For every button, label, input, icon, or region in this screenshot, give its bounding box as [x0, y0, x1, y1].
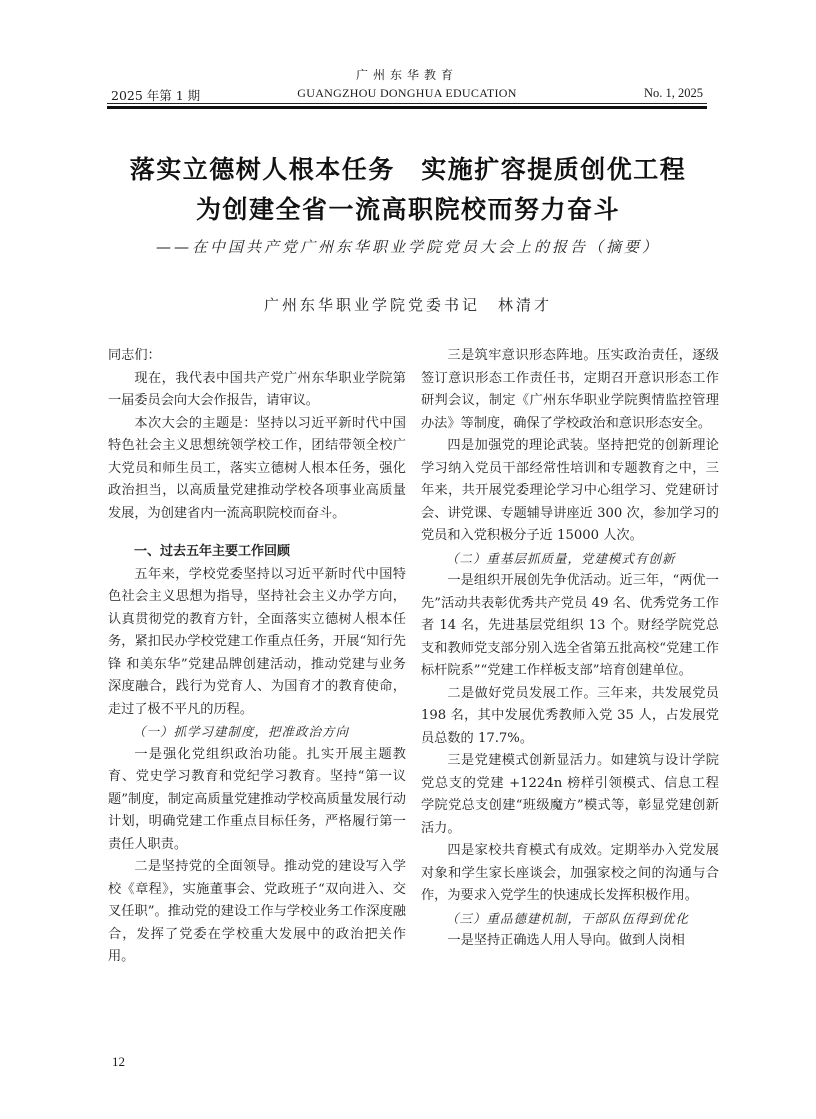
paragraph: 四是家校共育模式有成效。定期举办入党发展对象和学生家长座谈会，加强家校之间的沟通… — [421, 840, 719, 908]
paragraph: 二是坚持党的全面领导。推动党的建设写入学校《章程》，实施董事会、党政班子“双向进… — [108, 856, 406, 969]
header-rule-thin — [107, 103, 707, 104]
subsection-heading: （三）重品德建机制，干部队伍得到优化 — [421, 908, 719, 931]
paragraph: 四是加强党的理论武装。坚持把党的创新理论学习纳入党员干部经常性培训和专题教育之中… — [421, 435, 719, 548]
paragraph: 一是坚持正确选人用人导向。做到人岗相 — [421, 930, 719, 953]
header-rule-thick — [107, 106, 707, 109]
journal-title-cn: 广州东华教育 — [107, 66, 707, 83]
paragraph: 现在，我代表中国共产党广州东华职业学院第一届委员会向大会作报告，请审议。 — [108, 368, 406, 413]
section-heading: 一、过去五年主要工作回顾 — [108, 541, 406, 564]
salutation: 同志们： — [108, 345, 406, 368]
issue-label-en: No. 1, 2025 — [644, 86, 703, 101]
paragraph: 五年来，学校党委坚持以习近平新时代中国特色社会主义思想为指导，坚持社会主义办学方… — [108, 564, 406, 722]
paragraph: 一是组织开展创先争优活动。近三年，“两优一先”活动共表彰优秀共产党员 49 名、… — [421, 570, 719, 683]
article-author: 广州东华职业学院党委书记 林清才 — [100, 294, 716, 315]
subsection-heading: （一）抓学习建制度，把准政治方向 — [108, 721, 406, 744]
paragraph: 二是做好党员发展工作。三年来，共发展党员 198 名，其中发展优秀教师入党 35… — [421, 683, 719, 751]
article-title-line-2: 为创建全省一流高职院校而努力奋斗 — [100, 190, 716, 230]
article-subtitle: ——在中国共产党广州东华职业学院党员大会上的报告（摘要） — [100, 236, 716, 257]
running-header: 广州东华教育 2025 年第 1 期 GUANGZHOU DONGHUA EDU… — [107, 66, 707, 106]
journal-title-en: GUANGZHOU DONGHUA EDUCATION — [107, 86, 707, 101]
article-title-line-1: 落实立德树人根本任务 实施扩容提质创优工程 — [100, 150, 716, 190]
paragraph: 三是党建模式创新显活力。如建筑与设计学院党总支的党建 +1224n 榜样引领模式… — [421, 750, 719, 840]
subsection-heading: （二）重基层抓质量，党建模式有创新 — [421, 548, 719, 571]
paragraph: 本次大会的主题是：坚持以习近平新时代中国特色社会主义思想统领学校工作，团结带领全… — [108, 413, 406, 526]
page-number: 12 — [112, 1054, 125, 1070]
spacer — [108, 525, 406, 533]
paragraph: 一是强化党组织政治功能。扎实开展主题教育、党史学习教育和党纪学习教育。坚持“第一… — [108, 744, 406, 857]
article-title-block: 落实立德树人根本任务 实施扩容提质创优工程 为创建全省一流高职院校而努力奋斗 —… — [100, 150, 716, 257]
left-column: 同志们： 现在，我代表中国共产党广州东华职业学院第一届委员会向大会作报告，请审议… — [108, 345, 406, 969]
paragraph: 三是筑牢意识形态阵地。压实政治责任，逐级签订意识形态工作责任书，定期召开意识形态… — [421, 345, 719, 435]
right-column: 三是筑牢意识形态阵地。压实政治责任，逐级签订意识形态工作责任书，定期召开意识形态… — [421, 345, 719, 953]
